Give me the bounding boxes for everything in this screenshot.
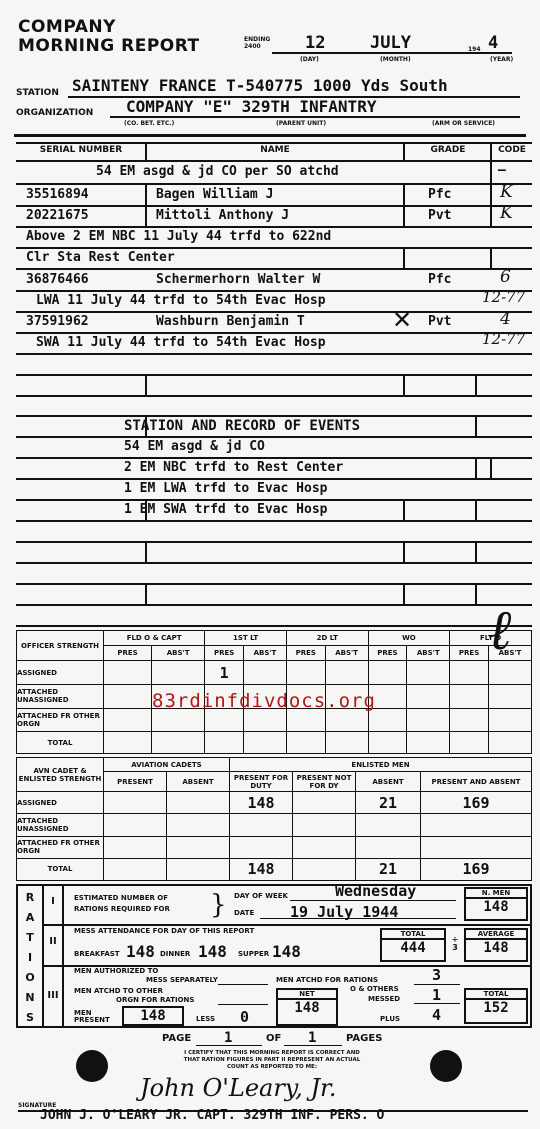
dinner-label: DINNER [160, 951, 190, 958]
atchd-rations-value: 3 [432, 966, 441, 984]
col-present-and-absent: PRESENT AND ABSENT [421, 772, 532, 792]
roster-row-2-serial: 20221675 [26, 208, 89, 223]
title-line-2: MORNING REPORT [18, 37, 200, 56]
assigned-absent: 21 [356, 792, 421, 814]
average-label: AVERAGE [466, 930, 526, 940]
cell [356, 836, 421, 858]
net-box: NET 148 [276, 988, 338, 1026]
roster-row-3-name: Above 2 EM NBC 11 July 44 trfd to 622nd [26, 229, 331, 244]
col-divider [403, 183, 405, 227]
cell [104, 661, 152, 685]
cell [325, 661, 368, 685]
auth-label-2: MESS SEPARATELY [146, 977, 218, 984]
cell [243, 661, 286, 685]
day-caption: (DAY) [300, 56, 319, 63]
header-divider [14, 134, 526, 137]
col-header-grade: GRADE [408, 146, 488, 154]
cell [230, 836, 293, 858]
cell [450, 708, 489, 732]
roster-row-7-name: Washburn Benjamin T [156, 314, 305, 329]
auth-label-1: MEN AUTHORIZED TO [74, 968, 158, 975]
col-divider [475, 374, 477, 396]
event-line-3: 1 EM LWA trfd to Evac Hosp [124, 481, 328, 496]
average-value: 148 [466, 940, 526, 956]
punch-hole-left [76, 1050, 108, 1082]
supper-label: SUPPER [238, 951, 269, 958]
pages-label: PAGES [346, 1035, 382, 1042]
cert-line: COUNT AS REPORTED TO ME: [148, 1064, 396, 1071]
cell [325, 732, 368, 754]
roster-line [16, 562, 532, 564]
cell [293, 814, 356, 836]
roster-line [16, 290, 532, 292]
cell [151, 732, 204, 754]
side-letter: I [22, 948, 38, 968]
row-label-total: TOTAL [17, 858, 104, 880]
roster-line [16, 457, 532, 459]
cell [488, 732, 531, 754]
cell [151, 661, 204, 685]
officer-group-2d-lt: 2D LT [286, 631, 368, 646]
cell [104, 858, 167, 880]
organization-label: ORGANIZATION [16, 110, 93, 117]
col-present-for-duty: PRESENT FOR DUTY [230, 772, 293, 792]
month-caption: (MONTH) [380, 56, 411, 63]
roster-line [16, 311, 532, 313]
roster-row-2-code: K [500, 203, 513, 223]
col-enlisted-absent: ABSENT [356, 772, 421, 792]
rations-divider [62, 884, 64, 1028]
officer-group-1st-lt: 1ST LT [205, 631, 287, 646]
col-divider [145, 583, 147, 605]
roster-row-7-grade: Pvt [428, 314, 451, 329]
certification-text: I CERTIFY THAT THIS MORNING REPORT IS CO… [148, 1050, 396, 1071]
cell [104, 836, 167, 858]
plus-value: 4 [432, 1006, 441, 1024]
roster-line [16, 247, 532, 249]
roster-line [16, 268, 532, 270]
col-divider [490, 457, 492, 479]
cell [293, 836, 356, 858]
roster-row-0-name: 54 EM asgd & jd CO per SO atchd [96, 164, 339, 179]
roster-line [16, 583, 532, 585]
col-present-not-for-duty: PRESENT NOT FOR DY [293, 772, 356, 792]
cell [356, 814, 421, 836]
enlisted-strength-table: AVN CADET & ENLISTED STRENGTH AVIATION C… [16, 757, 532, 881]
col-header-code: CODE [492, 146, 532, 154]
rations-total-value: 152 [466, 1000, 526, 1016]
underline [218, 1004, 268, 1005]
col-divider [403, 374, 405, 396]
cell [104, 684, 152, 708]
roster-row-1-serial: 35516894 [26, 187, 89, 202]
col-divider [475, 583, 477, 605]
col-divider [403, 541, 405, 563]
roster-row-6-name: LWA 11 July 44 trfd to 54th Evac Hosp [36, 293, 326, 308]
subcol-abst: ABS'T [488, 646, 531, 661]
report-year-digit: 4 [488, 33, 498, 53]
section-iii-numeral: III [44, 992, 62, 1000]
mess-total-box: TOTAL 444 [380, 928, 446, 962]
roster-row-1-name: Bagen William J [156, 187, 273, 202]
subcol-pres: PRES [368, 646, 407, 661]
date-label: DATE [234, 910, 254, 917]
total-present-and-absent: 169 [421, 858, 532, 880]
breakfast-label: BREAKFAST [74, 951, 120, 958]
col-divider [475, 415, 477, 437]
rations-side-label: R A T I O N S [22, 888, 38, 1028]
subcol-abst: ABS'T [151, 646, 204, 661]
cell [243, 732, 286, 754]
col-divider [475, 541, 477, 563]
col-divider [475, 499, 477, 521]
morning-report-document: COMPANY MORNING REPORT ENDING 2400 12 JU… [0, 0, 540, 1129]
subcol-pres: PRES [450, 646, 489, 661]
station-value: SAINTENY FRANCE T-540775 1000 Yds South [72, 76, 448, 95]
mess-attendance-label: MESS ATTENDANCE FOR DAY OF THIS REPORT [74, 928, 254, 935]
event-line-1: 54 EM asgd & jd CO [124, 439, 265, 454]
cell [407, 684, 450, 708]
other-orgn-label-1: MEN ATCHD TO OTHER [74, 988, 163, 995]
side-letter: A [22, 908, 38, 928]
side-letter: S [22, 1008, 38, 1028]
col-divider [145, 183, 147, 227]
group-aviation-cadets: AVIATION CADETS [104, 758, 230, 772]
roster-line [16, 625, 532, 627]
roster-line [16, 205, 532, 207]
cell [104, 814, 167, 836]
men-present-box: 148 [122, 1006, 184, 1026]
roster-row-4-name: Clr Sta Rest Center [26, 250, 175, 265]
cell [167, 792, 230, 814]
day-of-week-value: Wednesday [335, 882, 416, 900]
supper-value: 148 [272, 942, 301, 961]
roster-row-7-serial: 37591962 [26, 314, 89, 329]
cell [286, 661, 325, 685]
underline [290, 900, 456, 901]
roster-line [16, 353, 532, 355]
other-orgn-label-2: ORGN FOR RATIONS [116, 997, 194, 1004]
roster-line [16, 395, 532, 397]
cell [167, 814, 230, 836]
row-label-attached-fr-other: ATTACHED FR OTHER ORGN [17, 708, 104, 732]
cell [167, 836, 230, 858]
of-label: OF [266, 1035, 281, 1042]
cell [104, 732, 152, 754]
col-divider [490, 160, 492, 226]
officer-strength-label: OFFICER STRENGTH [17, 631, 104, 661]
col-cadets-absent: ABSENT [167, 772, 230, 792]
cell [407, 732, 450, 754]
signer-typed-name: JOHN J. O'LEARY JR. CAPT. 329TH INF. PER… [40, 1108, 384, 1123]
org-caption-company: (CO. BET. ETC.) [124, 120, 174, 127]
row-label-attached-unassigned: ATTACHED UNASSIGNED [17, 684, 104, 708]
roster-line [16, 520, 532, 522]
roster-line [16, 499, 532, 501]
n-men-label: N. MEN [466, 889, 526, 899]
side-letter: T [22, 928, 38, 948]
others-messed-label-1: O & OTHERS [350, 986, 399, 993]
cell [368, 661, 407, 685]
officer-group-fld-capt: FLD O & CAPT [104, 631, 205, 646]
subcol-abst: ABS'T [243, 646, 286, 661]
officer-group-flt-o: FLT O [450, 631, 532, 646]
roster-row-5-grade: Pfc [428, 272, 451, 287]
col-divider [475, 457, 477, 479]
roster-line [16, 436, 532, 438]
roster-row-6-code: 12-77 [482, 288, 525, 306]
organization-value: COMPANY "E" 329TH INFANTRY [126, 97, 376, 116]
cell [450, 732, 489, 754]
cell [450, 661, 489, 685]
page-number: 1 [224, 1030, 232, 1046]
roster-row-8-code: 12-77 [482, 330, 525, 348]
roster-row-5-code: 6 [500, 267, 511, 287]
underline [260, 918, 456, 919]
group-enlisted-men: ENLISTED MEN [230, 758, 532, 772]
roster-line [16, 226, 532, 228]
cell [368, 732, 407, 754]
col-divider [403, 583, 405, 605]
rations-total-box: TOTAL 152 [464, 988, 528, 1024]
atchd-rations-label: MEN ATCHD FOR RATIONS [276, 977, 378, 984]
row-label-total: TOTAL [17, 732, 104, 754]
brace-icon: } [210, 890, 227, 920]
cell [450, 684, 489, 708]
cert-line: I CERTIFY THAT THIS MORNING REPORT IS CO… [148, 1050, 396, 1057]
col-divider [403, 247, 405, 269]
n-men-box: N. MEN 148 [464, 887, 528, 921]
section-i-label-1: ESTIMATED NUMBER OF [74, 895, 168, 902]
enlisted-strength-label: AVN CADET & ENLISTED STRENGTH [17, 758, 104, 792]
org-caption-parent: (PARENT UNIT) [276, 120, 326, 127]
roster-line [16, 478, 532, 480]
cell [104, 792, 167, 814]
net-label: NET [278, 990, 336, 1000]
rations-divider [42, 924, 532, 926]
col-divider [403, 142, 405, 162]
row-label-attached-unassigned: ATTACHED UNASSIGNED [17, 814, 104, 836]
report-day: 12 [305, 33, 325, 53]
mess-total-value: 444 [382, 940, 444, 956]
less-value: 0 [240, 1008, 249, 1026]
roster-line [16, 332, 532, 334]
roster-row-2-grade: Pvt [428, 208, 451, 223]
assigned-present-and-absent: 169 [421, 792, 532, 814]
year-prefix: 194 [468, 46, 481, 53]
roster-row-5-serial: 36876466 [26, 272, 89, 287]
roster-line [16, 374, 532, 376]
divisor: ÷ 3 [448, 936, 462, 952]
col-divider [490, 247, 492, 269]
side-letter: O [22, 968, 38, 988]
cell [104, 708, 152, 732]
assigned-1st-lt-pres: 1 [205, 661, 244, 685]
events-title: STATION AND RECORD OF EVENTS [124, 418, 360, 434]
cell [286, 732, 325, 754]
rations-total-label: TOTAL [466, 990, 526, 1000]
underline [218, 984, 268, 985]
underline [414, 984, 460, 985]
event-line-4: 1 EM SWA trfd to Evac Hosp [124, 502, 328, 517]
roster-line [16, 160, 532, 162]
day-of-week-label: DAY OF WEEK [234, 893, 288, 900]
roster-row-1-grade: Pfc [428, 187, 451, 202]
report-month: JULY [370, 33, 411, 53]
cell [421, 836, 532, 858]
cert-line: THAT RATION FIGURES IN PART II REPRESENT… [148, 1057, 396, 1064]
cell [167, 858, 230, 880]
cell [488, 684, 531, 708]
n-men-value: 148 [466, 899, 526, 915]
roster-row-0-code: — [498, 163, 506, 178]
roster-line [16, 183, 532, 185]
subcol-pres: PRES [205, 646, 244, 661]
underline [414, 1003, 460, 1004]
organization-underline [110, 116, 520, 118]
mess-total-label: TOTAL [382, 930, 444, 940]
row-label-assigned: ASSIGNED [17, 661, 104, 685]
title-line-1: COMPANY [18, 18, 200, 37]
cell [421, 814, 532, 836]
average-box: AVERAGE 148 [464, 928, 528, 962]
total-absent: 21 [356, 858, 421, 880]
col-divider [145, 142, 147, 162]
assigned-present-for-duty: 148 [230, 792, 293, 814]
row-label-assigned: ASSIGNED [17, 792, 104, 814]
roster-row-1-code: K [500, 182, 513, 202]
dinner-value: 148 [198, 942, 227, 961]
side-letter: R [22, 888, 38, 908]
page-total: 1 [308, 1030, 316, 1046]
year-caption: (YEAR) [490, 56, 513, 63]
col-divider [145, 374, 147, 396]
event-line-2: 2 EM NBC trfd to Rest Center [124, 460, 343, 475]
net-value: 148 [278, 1000, 336, 1016]
punch-hole-right [430, 1050, 462, 1082]
cell [230, 814, 293, 836]
cell [488, 661, 531, 685]
handwritten-signature: John O'Leary, Jr. [140, 1074, 337, 1102]
roster-row-2-name: Mittoli Anthony J [156, 208, 289, 223]
roster-row-8-name: SWA 11 July 44 trfd to 54th Evac Hosp [36, 335, 326, 350]
total-present-for-duty: 148 [230, 858, 293, 880]
officer-group-wo: WO [368, 631, 450, 646]
roster-line [16, 604, 532, 606]
men-present-value: 148 [124, 1008, 182, 1024]
section-i-numeral: I [44, 898, 62, 906]
men-present-label: MEN PRESENT [74, 1010, 114, 1024]
cell [293, 792, 356, 814]
plus-label: PLUS [380, 1016, 400, 1023]
cell [407, 708, 450, 732]
cell [488, 708, 531, 732]
less-label: LESS [196, 1016, 215, 1023]
cell [407, 661, 450, 685]
ending-label: ENDING 2400 [244, 36, 270, 50]
roster-line [16, 541, 532, 543]
page-label: PAGE [162, 1035, 191, 1042]
roster-row-7-code: 4 [500, 309, 511, 329]
cell [205, 732, 244, 754]
others-messed-value: 1 [432, 986, 441, 1004]
col-divider [403, 499, 405, 521]
subcol-pres: PRES [286, 646, 325, 661]
breakfast-value: 148 [126, 942, 155, 961]
station-label: STATION [16, 90, 59, 97]
watermark-text: 83rdinfdivdocs.org [152, 690, 376, 712]
subcol-abst: ABS'T [407, 646, 450, 661]
subcol-pres: PRES [104, 646, 152, 661]
col-cadets-present: PRESENT [104, 772, 167, 792]
org-caption-arm: (ARM OR SERVICE) [432, 120, 495, 127]
others-messed-label-2: MESSED [368, 996, 400, 1003]
col-header-serial: SERIAL NUMBER [22, 146, 140, 154]
form-title: COMPANY MORNING REPORT [18, 18, 200, 56]
roster-row-5-name: Schermerhorn Walter W [156, 272, 320, 287]
col-header-name: NAME [150, 146, 400, 154]
section-i-label-2: RATIONS REQUIRED FOR [74, 906, 170, 913]
row-label-attached-fr-other: ATTACHED FR OTHER ORGN [17, 836, 104, 858]
check-mark-x-icon: ✕ [392, 306, 412, 334]
roster-line [16, 415, 532, 417]
cell [293, 858, 356, 880]
col-divider [145, 541, 147, 563]
side-letter: N [22, 988, 38, 1008]
roster-top-line [16, 142, 532, 144]
section-ii-numeral: II [44, 938, 62, 946]
subcol-abst: ABS'T [325, 646, 368, 661]
